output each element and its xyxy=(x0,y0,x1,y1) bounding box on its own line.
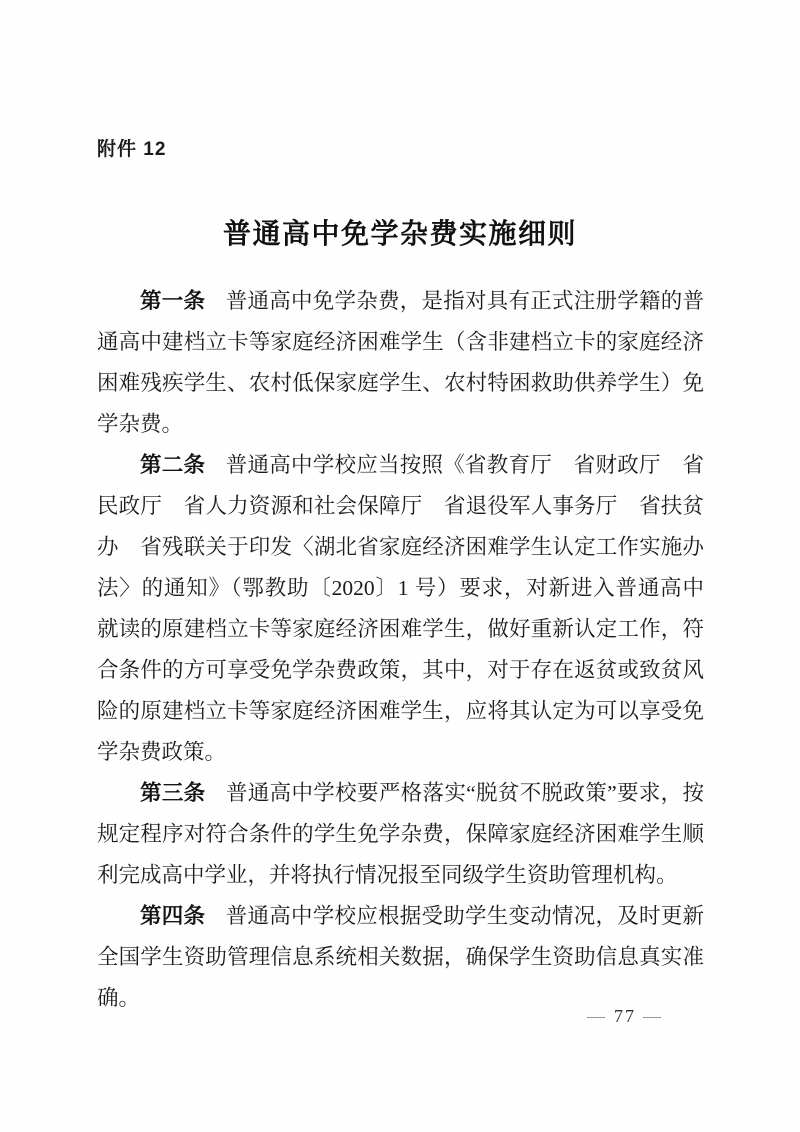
article-paragraph-4: 第四条普通高中学校应根据受助学生变动情况，及时更新全国学生资助管理信息系统相关数… xyxy=(97,896,704,1019)
article-1-label: 第一条 xyxy=(140,289,205,313)
article-3-label: 第三条 xyxy=(140,781,206,805)
article-paragraph-1: 第一条普通高中免学杂费，是指对具有正式注册学籍的普通高中建档立卡等家庭经济困难学… xyxy=(97,281,704,445)
article-4-label: 第四条 xyxy=(140,904,205,928)
document-body: 第一条普通高中免学杂费，是指对具有正式注册学籍的普通高中建档立卡等家庭经济困难学… xyxy=(97,281,704,1019)
page-footer: —77— xyxy=(580,1006,670,1027)
footer-left-dash: — xyxy=(580,1006,614,1026)
article-paragraph-3: 第三条普通高中学校要严格落实“脱贫不脱政策”要求，按规定程序对符合条件的学生免学… xyxy=(97,773,704,896)
footer-page-number: 77 xyxy=(614,1006,636,1026)
page-title: 普通高中免学杂费实施细则 xyxy=(0,212,800,252)
document-page: 附件 12 普通高中免学杂费实施细则 第一条普通高中免学杂费，是指对具有正式注册… xyxy=(0,0,800,1132)
article-paragraph-2: 第二条普通高中学校应当按照《省教育厅 省财政厅 省民政厅 省人力资源和社会保障厅… xyxy=(97,445,704,773)
footer-right-dash: — xyxy=(636,1006,670,1026)
article-2-label: 第二条 xyxy=(140,453,205,477)
article-2-text: 普通高中学校应当按照《省教育厅 省财政厅 省民政厅 省人力资源和社会保障厅 省退… xyxy=(97,453,704,764)
attachment-label: 附件 12 xyxy=(97,134,166,161)
